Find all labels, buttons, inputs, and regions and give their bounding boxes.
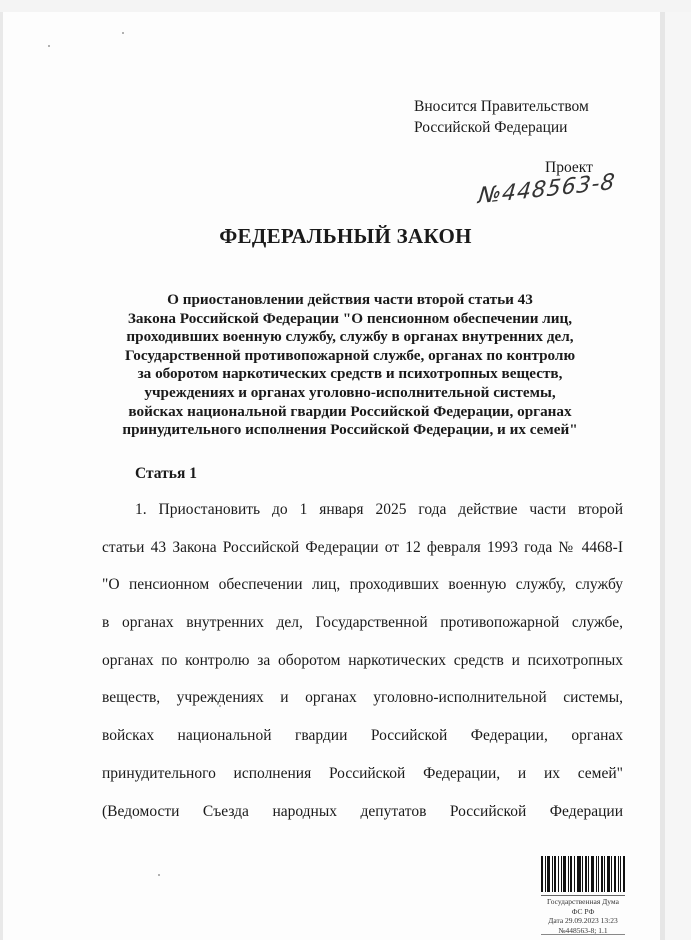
- body-line: войсках национальной гвардии Российской …: [102, 724, 623, 762]
- body-line: статьи 43 Закона Российской Федерации от…: [102, 536, 623, 574]
- scan-speck: [122, 32, 124, 34]
- subtitle-line: Государственной противопожарной службе, …: [95, 347, 605, 366]
- body-line-text: статьи 43 Закона Российской Федерации от…: [102, 536, 623, 560]
- body-line: (Ведомости Съезда народных депутатов Рос…: [102, 800, 623, 838]
- scan-speck: [219, 705, 221, 707]
- scan-speck: [158, 874, 160, 876]
- stamp-line: Дата 29.09.2023 13:23: [541, 916, 625, 926]
- scan-speck: [48, 45, 50, 47]
- subtitle-line: учреждениях и органах уголовно-исполните…: [95, 384, 605, 403]
- body-line: 1. Приостановить до 1 января 2025 года д…: [102, 498, 623, 536]
- introducer-line: Вносится Правительством: [414, 96, 589, 117]
- subtitle-line: О приостановлении действия части второй …: [95, 291, 605, 310]
- body-line: органах по контролю за оборотом наркотич…: [102, 649, 623, 687]
- subtitle-line: проходивших военную службу, службу в орг…: [95, 328, 605, 347]
- body-line-text: 1. Приостановить до 1 января 2025 года д…: [135, 498, 623, 522]
- body-line-text: войсках национальной гвардии Российской …: [102, 724, 623, 748]
- subtitle-line: войсках национальной гвардии Российской …: [95, 403, 605, 422]
- subtitle-line: за оборотом наркотических средств и псих…: [95, 365, 605, 384]
- body-line-text: веществ, учреждениях и органах уголовно-…: [102, 686, 623, 710]
- scan-top-margin: [0, 0, 691, 12]
- subtitle-line: Закона Российской Федерации "О пенсионно…: [95, 310, 605, 329]
- body-line-text: "О пенсионном обеспечении лиц, проходивш…: [102, 573, 623, 597]
- article-body: 1. Приостановить до 1 января 2025 года д…: [102, 498, 623, 837]
- registration-stamp: Государственная Дума ФС РФ Дата 29.09.20…: [541, 856, 625, 935]
- body-line-text: органах по контролю за оборотом наркотич…: [102, 649, 623, 673]
- law-title: ФЕДЕРАЛЬНЫЙ ЗАКОН: [0, 224, 691, 249]
- stamp-line: Государственная Дума ФС РФ: [541, 897, 625, 916]
- body-line-text: в органах внутренних дел, Государственно…: [102, 611, 623, 635]
- body-line-text: принудительного исполнения Российской Фе…: [102, 762, 623, 786]
- barcode-icon: [541, 856, 625, 892]
- introducer-line: Российской Федерации: [414, 117, 589, 138]
- introducer-block: Вносится Правительством Российской Федер…: [414, 96, 589, 138]
- stamp-line: №448563-8; 1.1: [541, 926, 625, 936]
- body-line: в органах внутренних дел, Государственно…: [102, 611, 623, 649]
- stamp-text: Государственная Дума ФС РФ Дата 29.09.20…: [541, 895, 625, 935]
- body-line: веществ, учреждениях и органах уголовно-…: [102, 686, 623, 724]
- article-heading: Статья 1: [135, 465, 197, 483]
- law-subtitle: О приостановлении действия части второй …: [95, 291, 605, 440]
- body-line: "О пенсионном обеспечении лиц, проходивш…: [102, 573, 623, 611]
- body-line-text: (Ведомости Съезда народных депутатов Рос…: [102, 800, 623, 824]
- body-line: принудительного исполнения Российской Фе…: [102, 762, 623, 800]
- subtitle-line: принудительного исполнения Российской Фе…: [95, 421, 605, 440]
